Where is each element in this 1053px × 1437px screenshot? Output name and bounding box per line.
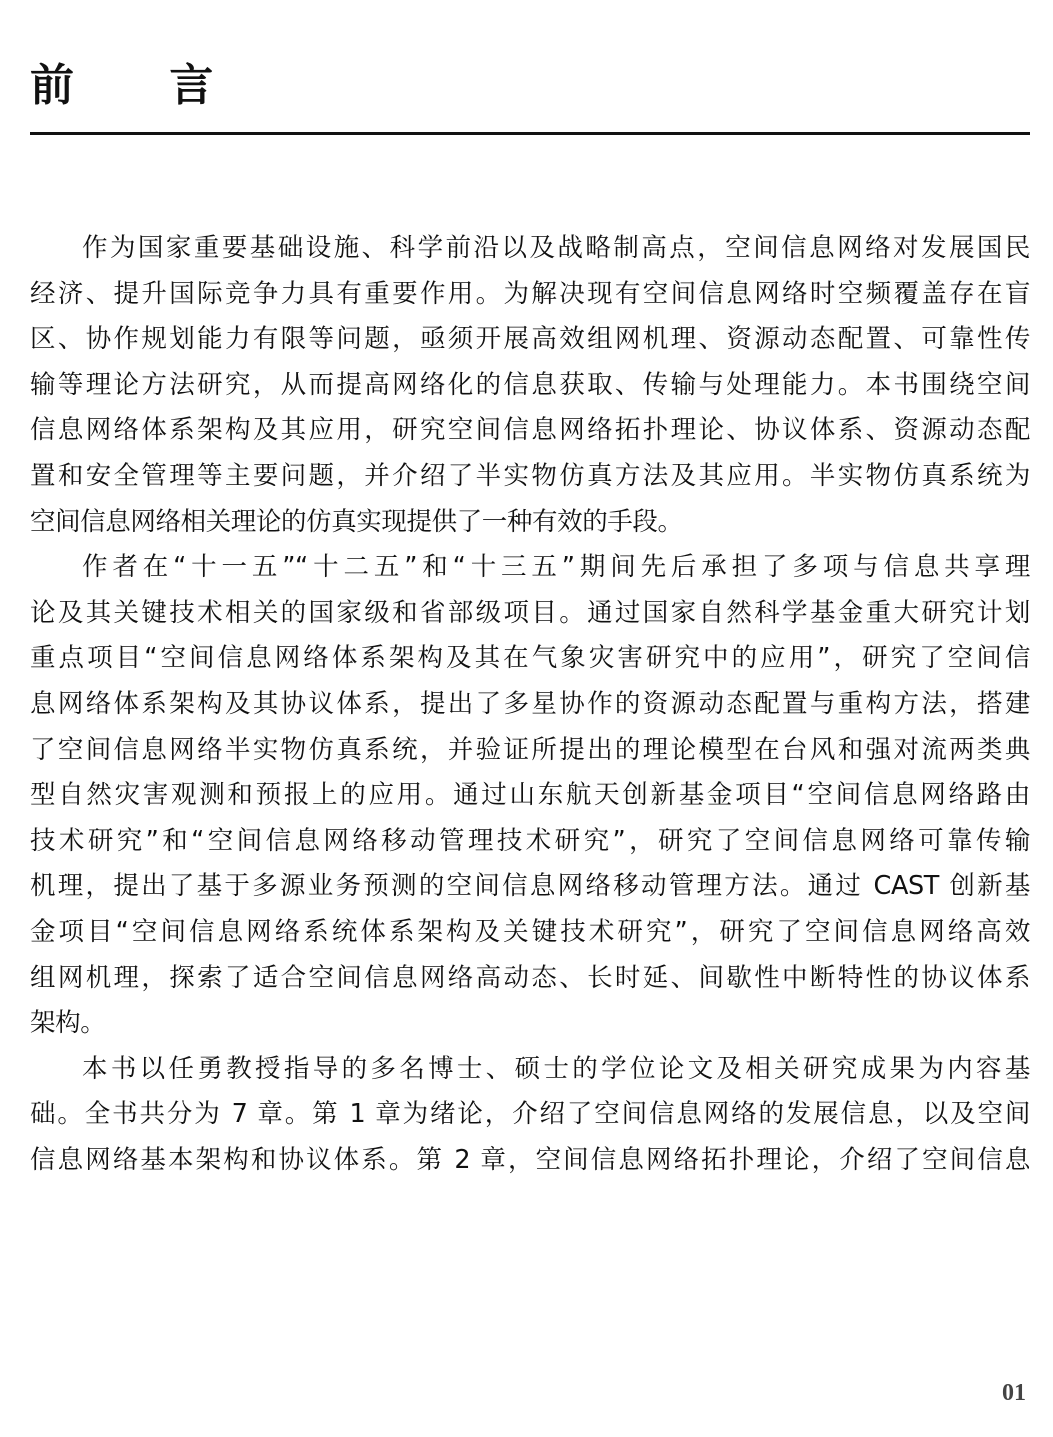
page-number: 01 [1002,1380,1026,1407]
paragraph: 作为国家重要基础设施、科学前沿以及战略制高点，空间信息网络对发展国民 经济、提升… [30,226,1030,545]
text-line: 输等理论方法研究，从而提高网络化的信息获取、传输与处理能力。本书围绕空间 [30,363,1030,409]
text-line: 区、协作规划能力有限等问题，亟须开展高效组网机理、资源动态配置、可靠性传 [30,317,1030,363]
text-line: 型自然灾害观测和预报上的应用。通过山东航天创新基金项目“空间信息网络路由 [30,773,1030,819]
text-line: 置和安全管理等主要问题，并介绍了半实物仿真方法及其应用。半实物仿真系统为 [30,454,1030,500]
text-line: 经济、提升国际竞争力具有重要作用。为解决现有空间信息网络时空频覆盖存在盲 [30,272,1030,318]
text-line: 作者在“十一五”“十二五”和“十三五”期间先后承担了多项与信息共享理 [30,545,1030,591]
text-line: 机理，提出了基于多源业务预测的空间信息网络移动管理方法。通过 CAST 创新基 [30,864,1030,910]
title-divider [30,132,1030,135]
body-text: 作为国家重要基础设施、科学前沿以及战略制高点，空间信息网络对发展国民 经济、提升… [30,226,1030,1183]
text-line: 技术研究”和“空间信息网络移动管理技术研究”，研究了空间信息网络可靠传输 [30,819,1030,865]
text-line: 本书以任勇教授指导的多名博士、硕士的学位论文及相关研究成果为内容基 [30,1047,1030,1093]
text-line: 信息网络基本架构和协议体系。第 2 章，空间信息网络拓扑理论，介绍了空间信息 [30,1138,1030,1184]
text-line: 础。全书共分为 7 章。第 1 章为绪论，介绍了空间信息网络的发展信息，以及空间 [30,1092,1030,1138]
text-line: 组网机理，探索了适合空间信息网络高动态、长时延、间歇性中断特性的协议体系 [30,956,1030,1002]
paragraph: 本书以任勇教授指导的多名博士、硕士的学位论文及相关研究成果为内容基 础。全书共分… [30,1047,1030,1184]
text-line: 重点项目“空间信息网络体系架构及其在气象灾害研究中的应用”，研究了空间信 [30,636,1030,682]
page-title: 前 言 [30,58,253,114]
text-line: 论及其关键技术相关的国家级和省部级项目。通过国家自然科学基金重大研究计划 [30,591,1030,637]
text-line: 息网络体系架构及其协议体系，提出了多星协作的资源动态配置与重构方法，搭建 [30,682,1030,728]
text-line: 架构。 [30,1001,1030,1047]
paragraph: 作者在“十一五”“十二五”和“十三五”期间先后承担了多项与信息共享理 论及其关键… [30,545,1030,1047]
text-line: 作为国家重要基础设施、科学前沿以及战略制高点，空间信息网络对发展国民 [30,226,1030,272]
text-line: 了空间信息网络半实物仿真系统，并验证所提出的理论模型在台风和强对流两类典 [30,728,1030,774]
text-line: 空间信息网络相关理论的仿真实现提供了一种有效的手段。 [30,500,1030,546]
text-line: 金项目“空间信息网络系统体系架构及关键技术研究”，研究了空间信息网络高效 [30,910,1030,956]
text-line: 信息网络体系架构及其应用，研究空间信息网络拓扑理论、协议体系、资源动态配 [30,408,1030,454]
